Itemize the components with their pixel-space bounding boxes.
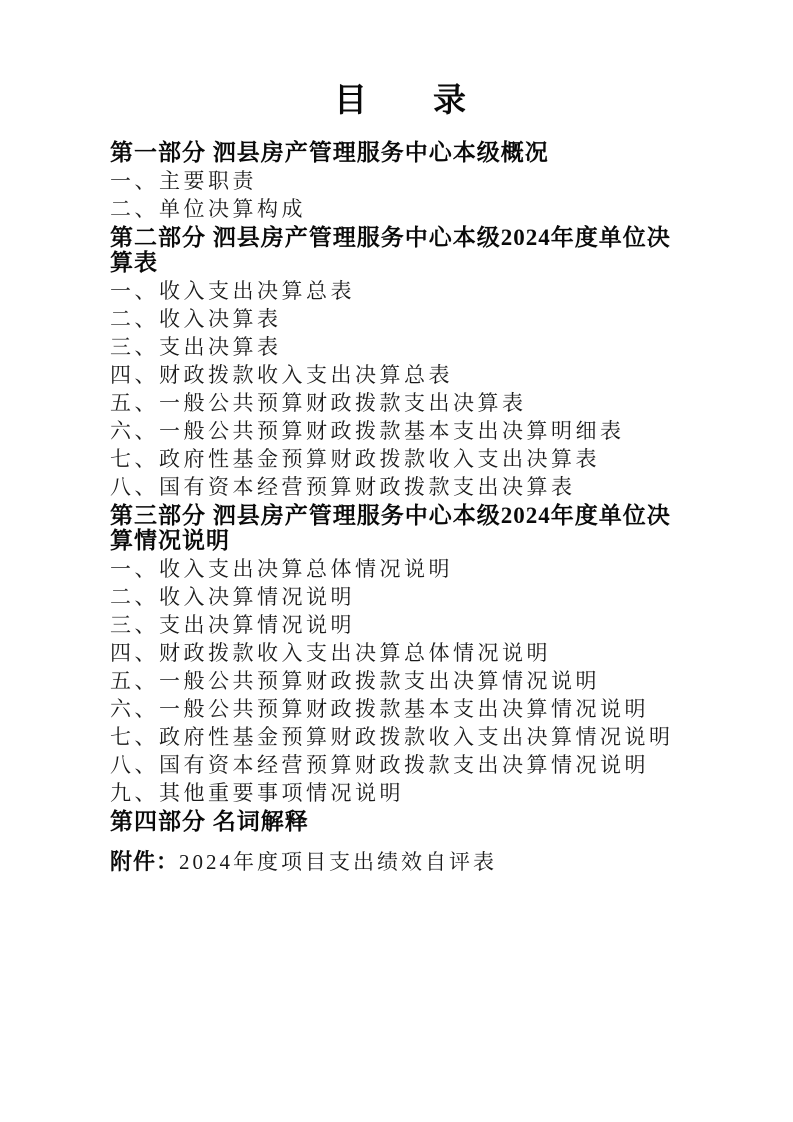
document-page: 目 录 第一部分 泗县房产管理服务中心本级概况 一、主要职责 二、单位决算构成 … xyxy=(0,0,793,1122)
toc-item: 二、收入决算情况说明 xyxy=(110,583,690,611)
toc-item: 六、一般公共预算财政拨款基本支出决算明细表 xyxy=(110,417,690,445)
toc-item: 三、支出决算情况说明 xyxy=(110,611,690,639)
toc-item: 四、财政拨款收入支出决算总体情况说明 xyxy=(110,639,690,667)
attachment-text: 2024年度项目支出绩效自评表 xyxy=(179,850,497,874)
toc-item: 三、支出决算表 xyxy=(110,333,690,361)
toc-item: 六、一般公共预算财政拨款基本支出决算情况说明 xyxy=(110,695,690,723)
toc-item: 四、财政拨款收入支出决算总表 xyxy=(110,361,690,389)
section-heading-part1: 第一部分 泗县房产管理服务中心本级概况 xyxy=(110,140,690,165)
toc-item: 一、收入支出决算总表 xyxy=(110,277,690,305)
toc-item: 八、国有资本经营预算财政拨款支出决算表 xyxy=(110,473,690,501)
toc-item: 七、政府性基金预算财政拨款收入支出决算表 xyxy=(110,445,690,473)
toc-content: 目 录 第一部分 泗县房产管理服务中心本级概况 一、主要职责 二、单位决算构成 … xyxy=(110,82,690,876)
attachment-label: 附件： xyxy=(110,849,179,874)
toc-item: 二、收入决算表 xyxy=(110,305,690,333)
toc-item: 五、一般公共预算财政拨款支出决算情况说明 xyxy=(110,667,690,695)
toc-item: 一、主要职责 xyxy=(110,167,690,195)
toc-item: 五、一般公共预算财政拨款支出决算表 xyxy=(110,389,690,417)
section-heading-part3: 第三部分 泗县房产管理服务中心本级2024年度单位决算情况说明 xyxy=(110,503,690,553)
section-heading-part4: 第四部分 名词解释 xyxy=(110,809,690,834)
toc-item: 一、收入支出决算总体情况说明 xyxy=(110,555,690,583)
attachment-line: 附件：2024年度项目支出绩效自评表 xyxy=(110,848,690,876)
toc-item: 七、政府性基金预算财政拨款收入支出决算情况说明 xyxy=(110,723,690,751)
page-title: 目 录 xyxy=(110,82,690,118)
section-heading-part2: 第二部分 泗县房产管理服务中心本级2024年度单位决算表 xyxy=(110,225,690,275)
toc-item: 八、国有资本经营预算财政拨款支出决算情况说明 xyxy=(110,751,690,779)
toc-item: 九、其他重要事项情况说明 xyxy=(110,779,690,807)
toc-item: 二、单位决算构成 xyxy=(110,195,690,223)
